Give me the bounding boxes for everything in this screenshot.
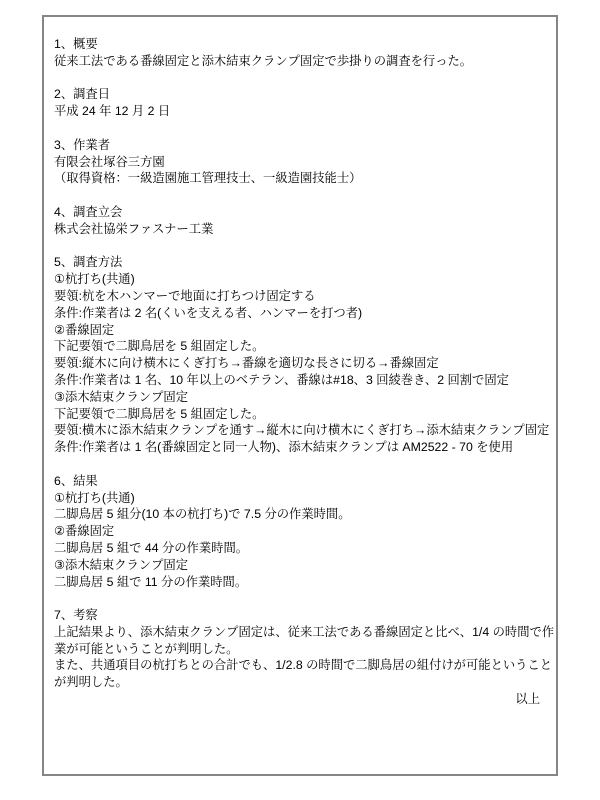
section: 7、考察上記結果より、添木結束クランプ固定は、従来工法である番線固定と比べ、1/… — [54, 607, 546, 708]
section: 3、作業者有限会社塚谷三方園（取得資格：一級造園施工管理技士、一級造園技能士） — [54, 137, 546, 187]
section-line: 平成 24 年 12 月 2 日 — [54, 103, 546, 120]
section-line: 下記要領で二脚鳥居を 5 組固定した。 — [54, 338, 546, 355]
section-line: 従来工法である番線固定と添木結束クランプ固定で歩掛りの調査を行った。 — [54, 53, 546, 70]
section-line: 上記結果より、添木結束クランプ固定は、従来工法である番線固定と比べ、1/4 の時… — [54, 624, 546, 641]
section-line: また、共通項目の杭打ちとの合計でも、1/2.8 の時間で二脚鳥居の組付けが可能と… — [54, 657, 546, 674]
section-line: 要領:縦木に向け横木にくぎ打ち→番線を適切な長さに切る→番線固定 — [54, 355, 546, 372]
section: 6、結果①杭打ち(共通)二脚鳥居 5 組分(10 本の杭打ち)で 7.5 分の作… — [54, 473, 546, 591]
section-line: 業が可能ということが判明した。 — [54, 641, 546, 658]
section-heading: 5、調査方法 — [54, 254, 546, 271]
section-line: ①杭打ち(共通) — [54, 490, 546, 507]
section: 5、調査方法①杭打ち(共通)要領:杭を木ハンマーで地面に打ちつけ固定する条件:作… — [54, 254, 546, 456]
section-line: ①杭打ち(共通) — [54, 271, 546, 288]
section-line: ③添木結束クランプ固定 — [54, 389, 546, 406]
section-heading: 6、結果 — [54, 473, 546, 490]
section-line: 条件:作業者は 2 名(くいを支える者、ハンマーを打つ者) — [54, 305, 546, 322]
section: 1、概要従来工法である番線固定と添木結束クランプ固定で歩掛りの調査を行った。 — [54, 36, 546, 70]
section-line: （取得資格：一級造園施工管理技士、一級造園技能士） — [54, 170, 546, 187]
section-heading: 1、概要 — [54, 36, 546, 53]
section-line: 二脚鳥居 5 組分(10 本の杭打ち)で 7.5 分の作業時間。 — [54, 506, 546, 523]
section-line: ②番線固定 — [54, 523, 546, 540]
section-heading: 7、考察 — [54, 607, 546, 624]
document-frame: 1、概要従来工法である番線固定と添木結束クランプ固定で歩掛りの調査を行った。2、… — [42, 15, 558, 776]
section-line: 有限会社塚谷三方園 — [54, 154, 546, 171]
section-line: ③添木結束クランプ固定 — [54, 557, 546, 574]
section-heading: 3、作業者 — [54, 137, 546, 154]
section-line: 要領:横木に添木結束クランプを通す→縦木に向け横木にくぎ打ち→添木結束クランプ固… — [54, 422, 546, 439]
section: 4、調査立会株式会社協栄ファスナー工業 — [54, 204, 546, 238]
section-line: が判明した。 — [54, 674, 546, 691]
section-line: 二脚鳥居 5 組で 44 分の作業時間。 — [54, 540, 546, 557]
section-line: 下記要領で二脚鳥居を 5 組固定した。 — [54, 406, 546, 423]
document-body: 1、概要従来工法である番線固定と添木結束クランプ固定で歩掛りの調査を行った。2、… — [54, 36, 546, 708]
section-line: ②番線固定 — [54, 322, 546, 339]
section-heading: 4、調査立会 — [54, 204, 546, 221]
section-line: 株式会社協栄ファスナー工業 — [54, 221, 546, 238]
section-line: 二脚鳥居 5 組で 11 分の作業時間。 — [54, 574, 546, 591]
closing-statement: 以上 — [54, 691, 546, 708]
section-line: 条件:作業者は 1 名、10 年以上のベテラン、番線は#18、3 回綾巻き、2 … — [54, 372, 546, 389]
document-page: 1、概要従来工法である番線固定と添木結束クランプ固定で歩掛りの調査を行った。2、… — [0, 0, 600, 800]
section: 2、調査日平成 24 年 12 月 2 日 — [54, 86, 546, 120]
section-line: 要領:杭を木ハンマーで地面に打ちつけ固定する — [54, 288, 546, 305]
section-line: 条件:作業者は 1 名(番線固定と同一人物)、添木結束クランプは AM2522 … — [54, 439, 546, 456]
section-heading: 2、調査日 — [54, 86, 546, 103]
